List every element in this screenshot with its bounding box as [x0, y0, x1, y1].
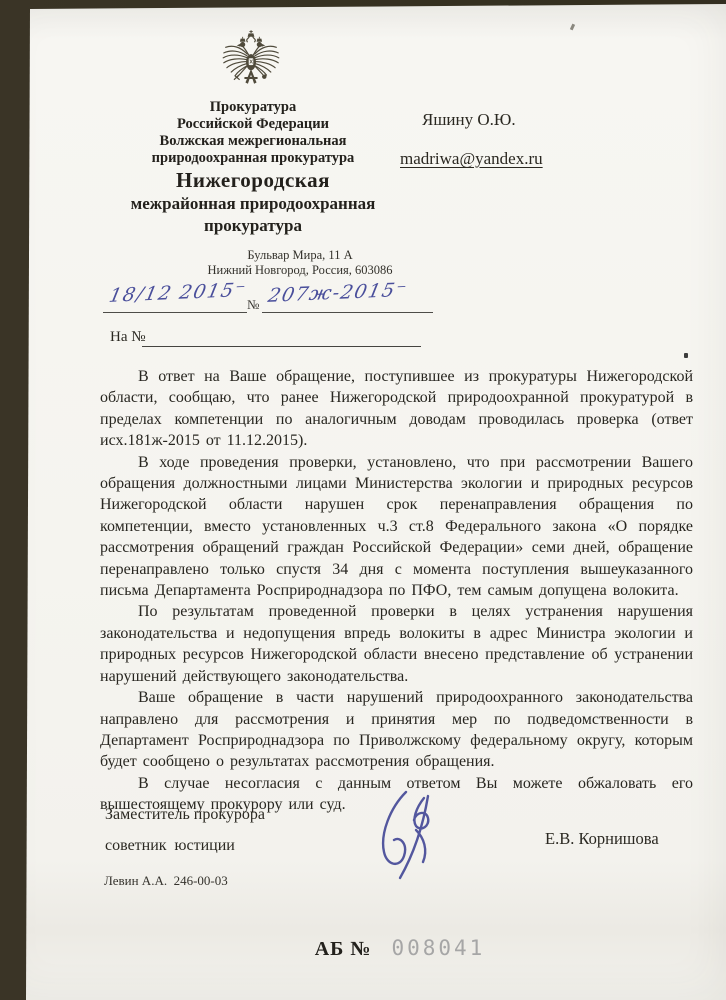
letterhead-line: Прокуратура [53, 99, 453, 116]
signer-rank: советник юстиции [105, 837, 235, 855]
letterhead-unit: Нижегородская межрайонная природоохранна… [53, 167, 453, 237]
coat-of-arms-icon [220, 30, 282, 98]
executor-line: Левин А.А. 246-00-03 [104, 873, 228, 889]
form-series: АБ № [315, 938, 372, 960]
addressee-name: Яшину О.Ю. [422, 110, 516, 130]
incoming-ref-label: На № [110, 329, 146, 346]
handwritten-number: 207ж-2015⁻ [262, 278, 439, 307]
letterhead-unit-line: прокуратура [53, 215, 453, 237]
signer-position: Заместитель прокурора [105, 806, 265, 824]
letter-body: В ответ на Ваше обращение, поступившее и… [100, 366, 693, 816]
signature-icon [372, 786, 468, 886]
letterhead-unit-line: межрайонная природоохранная [53, 193, 453, 215]
outgoing-number-field: 207ж-2015⁻ [262, 285, 433, 313]
paragraph: В ходе проведения проверки, установлено,… [100, 452, 693, 602]
form-number: АБ № 008041 [70, 936, 726, 961]
incoming-ref-field [142, 331, 421, 347]
address-line: Бульвар Мира, 11 А [100, 248, 500, 263]
scan-artifact [570, 24, 575, 31]
letterhead-address: Бульвар Мира, 11 А Нижний Новгород, Росс… [100, 248, 500, 278]
handwritten-date: 18/12 2015⁻ [103, 279, 253, 307]
letterhead-unit-title: Нижегородская [53, 167, 453, 193]
letterhead-org: Прокуратура Российской Федерации Волжска… [53, 99, 453, 167]
letterhead-line: природоохранная прокуратура [53, 150, 453, 167]
paragraph: По результатам проведенной проверки в це… [100, 601, 693, 687]
signer-name: Е.В. Корнишова [545, 829, 659, 849]
scanned-letter-page: Прокуратура Российской Федерации Волжска… [0, 0, 726, 1000]
outgoing-date-field: 18/12 2015⁻ [103, 285, 247, 313]
letterhead-line: Российской Федерации [53, 116, 453, 133]
scan-artifact [684, 353, 688, 358]
paragraph: Ваше обращение в части нарушений природо… [100, 687, 693, 773]
form-serial-number: 008041 [391, 936, 485, 960]
addressee-email: madriwa@yandex.ru [400, 149, 543, 169]
paragraph: В ответ на Ваше обращение, поступившее и… [100, 366, 693, 452]
letterhead-line: Волжская межрегиональная [53, 133, 453, 150]
address-line: Нижний Новгород, Россия, 603086 [100, 263, 500, 278]
number-sign: № [247, 297, 259, 313]
